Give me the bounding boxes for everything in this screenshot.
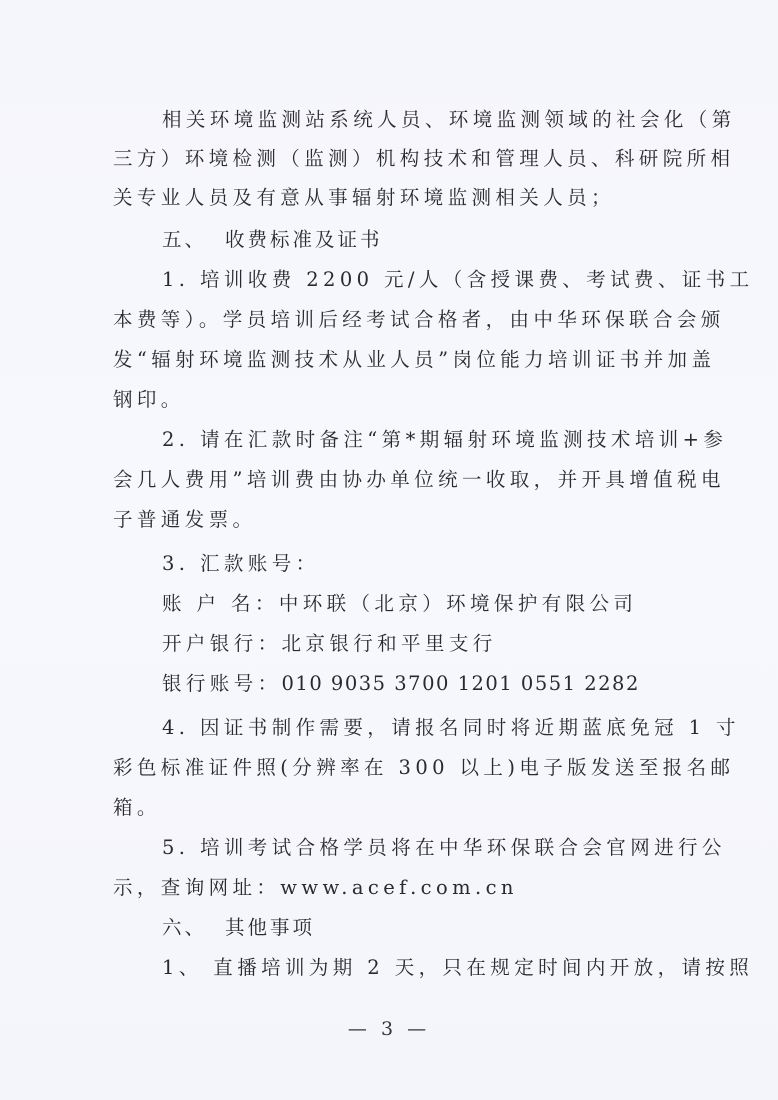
section-heading-other: 六、其他事项 (162, 916, 722, 940)
page-number: — 3 — (0, 1018, 778, 1040)
paragraph-line: 会几人费用”培训费由协办单位统一收取，并开具增值税电 (113, 468, 673, 492)
paragraph-line: 钢印。 (113, 388, 673, 412)
paragraph-line: 本费等）。学员培训后经考试合格者，由中华环保联合会颁 (113, 308, 673, 332)
paragraph-line: 发“辐射环境监测技术从业人员”岗位能力培训证书并加盖 (113, 348, 673, 372)
account-name-label: 账 户 名： (162, 592, 279, 615)
paragraph-line: 1. 培训收费 2200 元/人（含授课费、考试费、证书工 (162, 268, 722, 292)
paragraph-line: 示，查询网址：www.acef.com.cn (113, 876, 673, 900)
paragraph-line: 箱。 (113, 796, 673, 820)
paragraph-line: 子普通发票。 (113, 508, 673, 532)
section-number: 五、 (162, 228, 207, 251)
section-number: 六、 (162, 916, 207, 939)
account-name-value: 中环联（北京）环境保护有限公司 (279, 592, 638, 615)
paragraph-line: 4. 因证书制作需要，请报名同时将近期蓝底免冠 1 寸 (162, 716, 722, 740)
paragraph-line: 2. 请在汇款时备注“第*期辐射环境监测技术培训+参 (162, 428, 722, 452)
bank-value: 北京银行和平里支行 (282, 632, 497, 655)
section-title: 收费标准及证书 (225, 228, 383, 251)
account-name-row: 账 户 名：中环联（北京）环境保护有限公司 (162, 592, 722, 616)
bank-label: 开户银行： (162, 632, 282, 655)
document-page: 相关环境监测站系统人员、环境监测领域的社会化（第 三方）环境检测（监测）机构技术… (0, 0, 778, 1100)
paragraph-line: 5. 培训考试合格学员将在中华环保联合会官网进行公 (162, 836, 722, 860)
account-number-label: 银行账号： (162, 672, 282, 695)
paragraph-line: 3. 汇款账号： (162, 552, 722, 576)
paragraph-line: 三方）环境检测（监测）机构技术和管理人员、科研院所相 (113, 147, 673, 171)
account-number-row: 银行账号：010 9035 3700 1201 0551 2282 (162, 672, 722, 696)
section-heading-fees: 五、收费标准及证书 (162, 228, 722, 252)
paragraph-line: 彩色标准证件照(分辨率在 300 以上)电子版发送至报名邮 (113, 756, 673, 780)
section-title: 其他事项 (225, 916, 315, 939)
account-number-value: 010 9035 3700 1201 0551 2282 (282, 672, 640, 695)
bank-row: 开户银行：北京银行和平里支行 (162, 632, 722, 656)
paragraph-line: 1、 直播培训为期 2 天，只在规定时间内开放，请按照 (162, 956, 722, 980)
paragraph-line: 关专业人员及有意从事辐射环境监测相关人员； (113, 186, 673, 210)
paragraph-line: 相关环境监测站系统人员、环境监测领域的社会化（第 (162, 108, 722, 132)
